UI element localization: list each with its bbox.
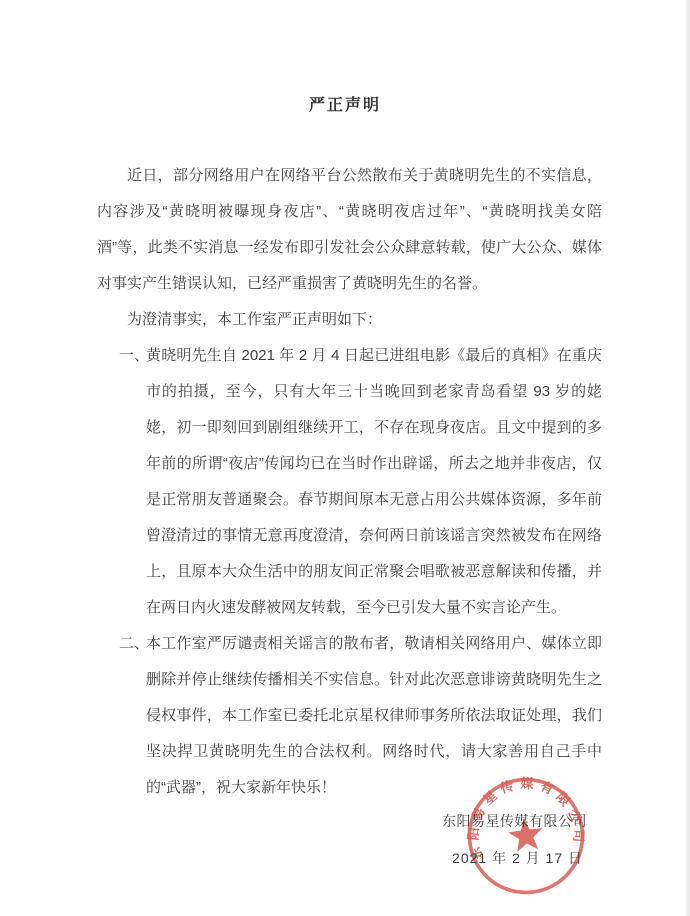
document-body: 近日，部分网络用户在网络平台公然散布关于黄晓明先生的不实信息，内容涉及“黄晓明被…	[97, 158, 602, 806]
item-text-1: 黄晓明先生自 2021 年 2 月 4 日起已进组电影《最后的真相》在重庆市的拍…	[146, 347, 602, 616]
paragraph-lead-in: 为澄清事实，本工作室严正声明如下：	[97, 302, 602, 338]
paragraph-intro: 近日，部分网络用户在网络平台公然散布关于黄晓明先生的不实信息，内容涉及“黄晓明被…	[97, 158, 602, 302]
signature-date: 2021 年 2 月 17 日	[452, 848, 583, 868]
scan-edge-shadow	[684, 0, 690, 916]
item-marker-2: 二、	[119, 626, 149, 662]
signature-company: 东阳易星传媒有限公司	[442, 811, 587, 831]
item-marker-1: 一、	[119, 338, 149, 374]
document-title: 严正声明	[0, 92, 690, 115]
company-seal: 东阳易星传媒有限公司	[459, 769, 593, 903]
scanned-statement-page: 严正声明 近日，部分网络用户在网络平台公然散布关于黄晓明先生的不实信息，内容涉及…	[0, 0, 690, 916]
statement-item-1: 一、 黄晓明先生自 2021 年 2 月 4 日起已进组电影《最后的真相》在重庆…	[97, 338, 602, 626]
